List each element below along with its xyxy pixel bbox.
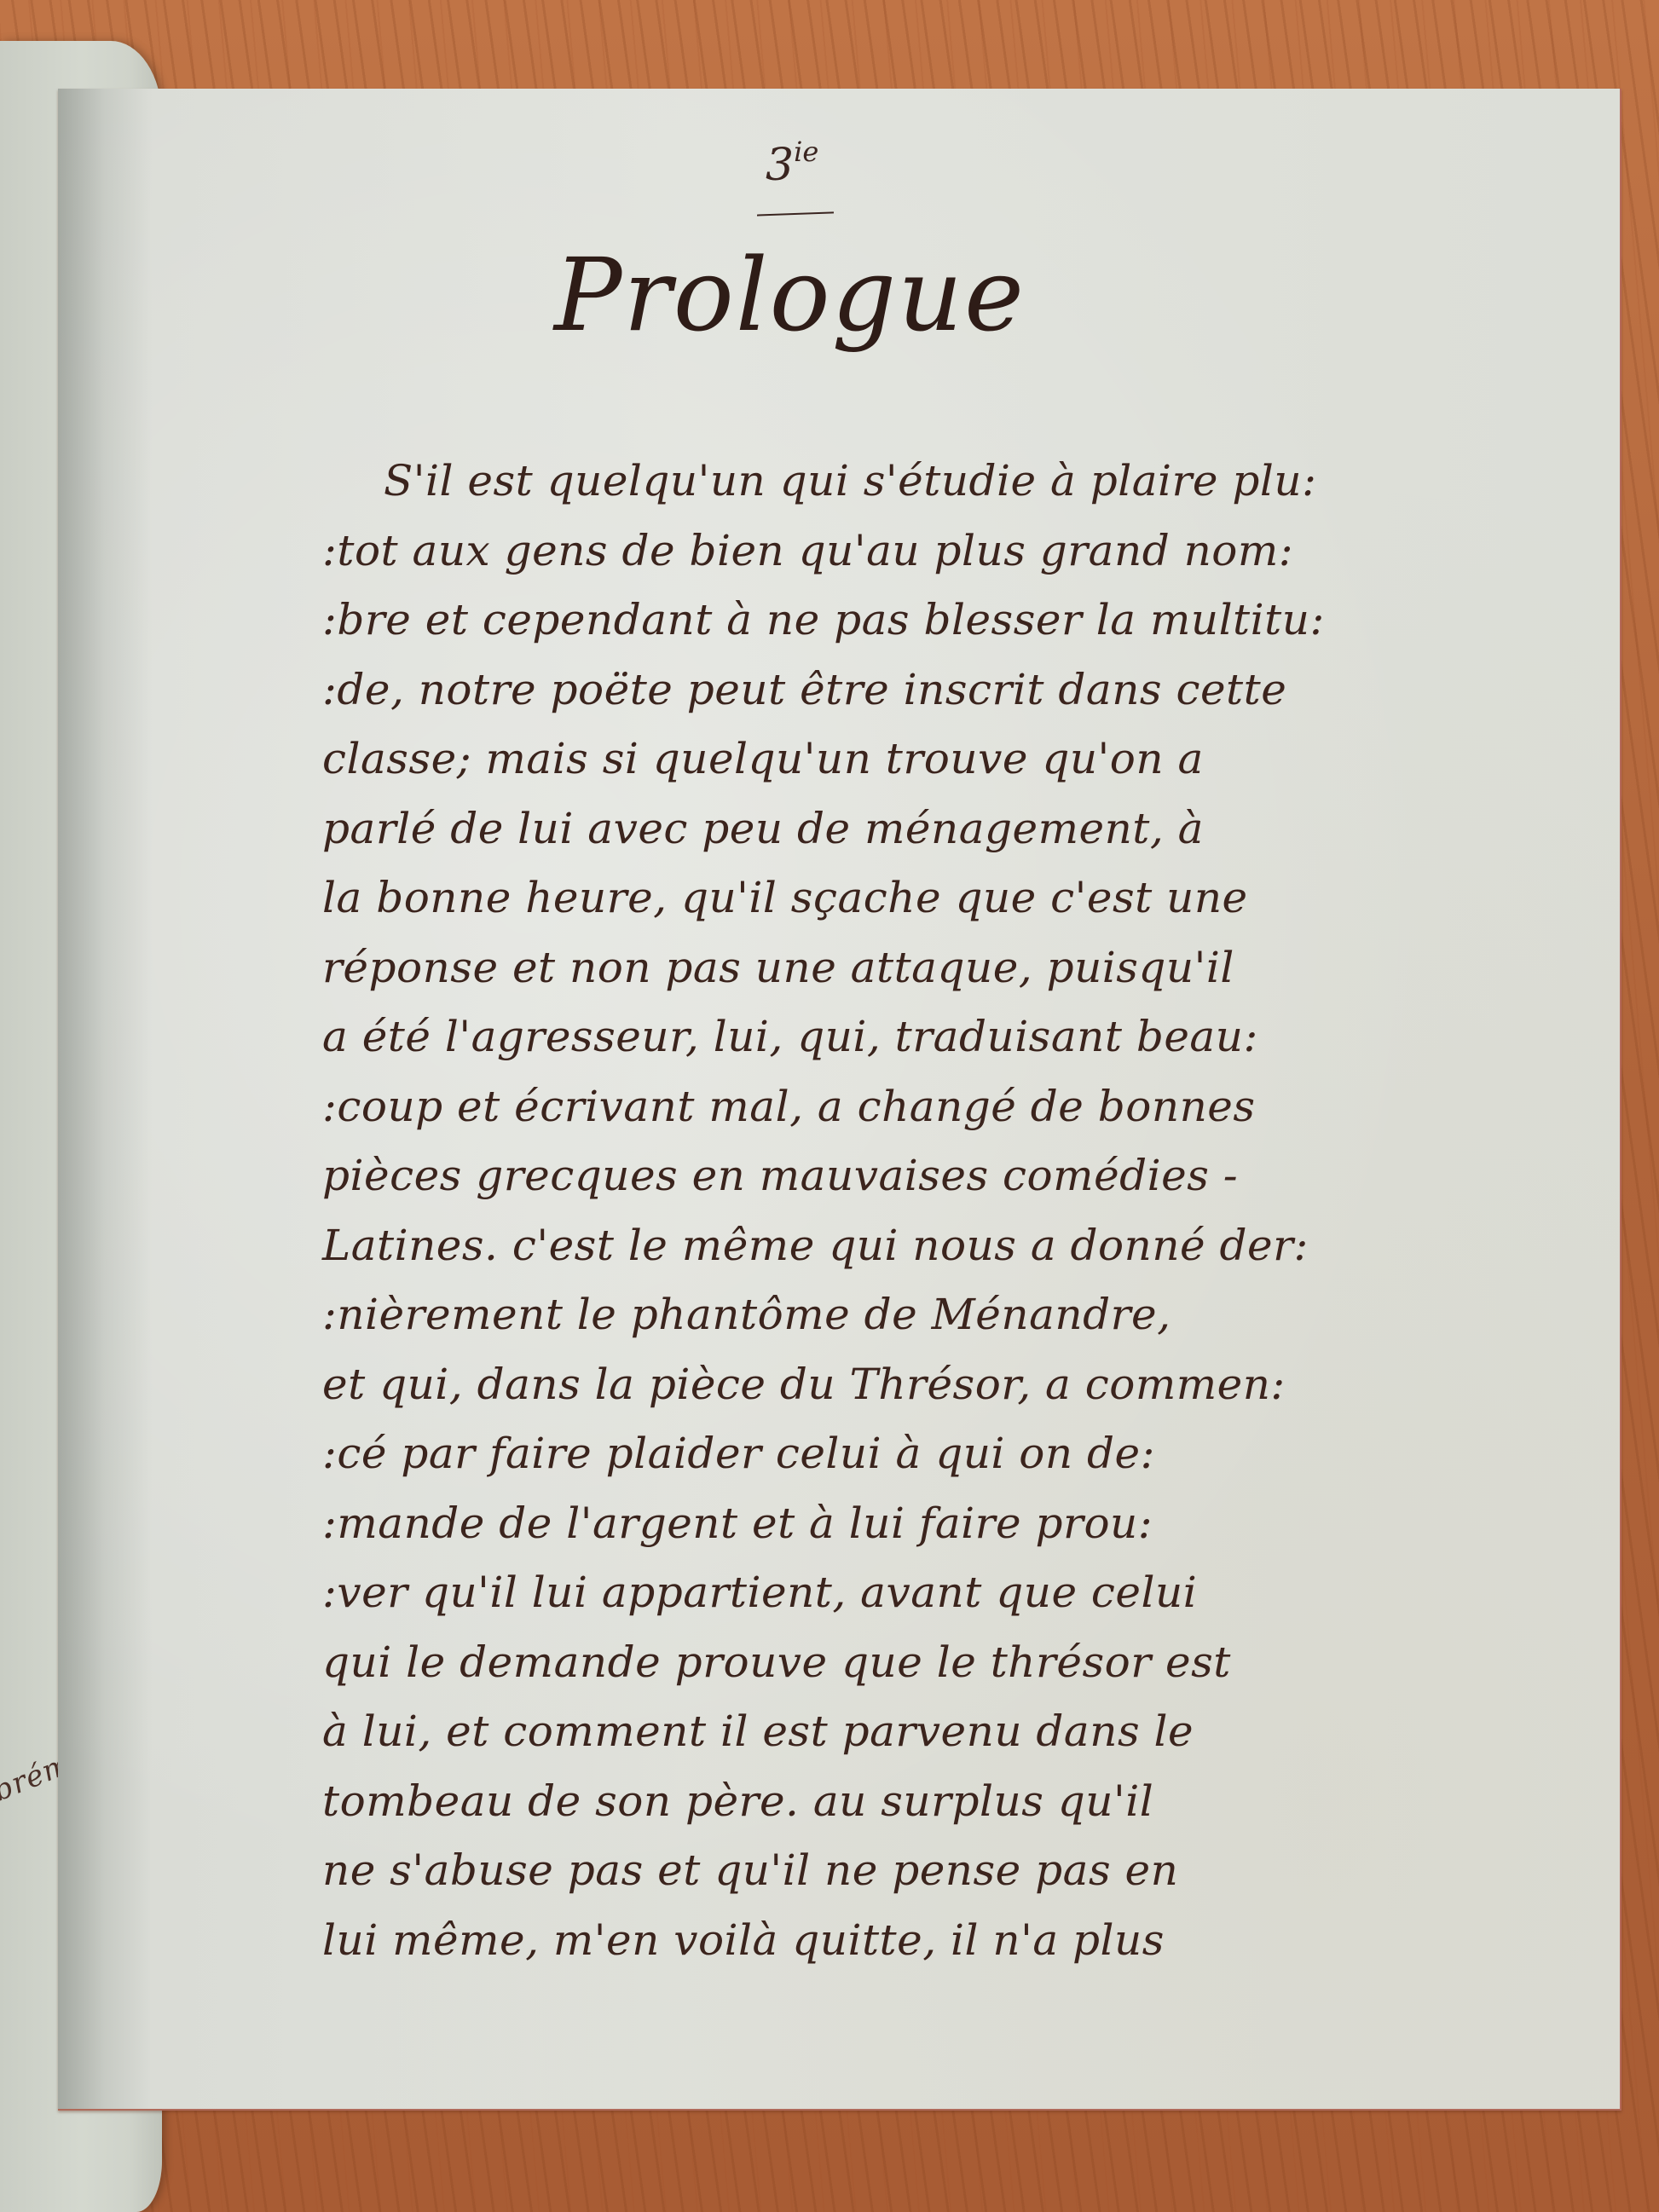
text-line: la bonne heure, qu'il sçache que c'est u… — [322, 863, 1431, 933]
text-line: :de, notre poëte peut être inscrit dans … — [322, 656, 1431, 725]
page-number-value: 3 — [766, 140, 794, 191]
text-line: parlé de lui avec peu de ménagement, à — [322, 794, 1431, 864]
page-number-underline — [757, 211, 834, 216]
text-line: pièces grecques en mauvaises comédies - — [322, 1141, 1431, 1211]
text-line: et qui, dans la pièce du Thrésor, a comm… — [322, 1350, 1431, 1420]
text-line: :coup et écrivant mal, a changé de bonne… — [322, 1072, 1431, 1142]
text-line: ne s'abuse pas et qu'il ne pense pas en — [322, 1836, 1431, 1906]
manuscript-page: 3ie Prologue S'il est quelqu'un qui s'ét… — [58, 89, 1621, 2111]
text-line: lui même, m'en voilà quitte, il n'a plus — [322, 1906, 1431, 1976]
text-line: tombeau de son père. au surplus qu'il — [322, 1767, 1431, 1837]
text-line: :nièrement le phantôme de Ménandre, — [322, 1280, 1431, 1350]
page-number-suffix: ie — [794, 136, 818, 168]
text-line: a été l'agresseur, lui, qui, traduisant … — [322, 1002, 1431, 1072]
text-line: classe; mais si quelqu'un trouve qu'on a — [322, 725, 1431, 794]
gutter-shadow — [58, 89, 152, 2109]
text-line: Latines. c'est le même qui nous a donné … — [322, 1211, 1431, 1281]
text-line: S'il est quelqu'un qui s'étudie à plaire… — [322, 447, 1431, 517]
text-line: :tot aux gens de bien qu'au plus grand n… — [322, 517, 1431, 586]
manuscript-text-body: S'il est quelqu'un qui s'étudie à plaire… — [322, 447, 1431, 1975]
page-number: 3ie — [766, 138, 818, 188]
text-line: :mande de l'argent et à lui faire prou: — [322, 1489, 1431, 1559]
text-line: :bre et cependant à ne pas blesser la mu… — [322, 586, 1431, 656]
text-line: qui le demande prouve que le thrésor est — [322, 1628, 1431, 1698]
text-line: :cé par faire plaider celui à qui on de: — [322, 1419, 1431, 1489]
text-line: à lui, et comment il est parvenu dans le — [322, 1697, 1431, 1767]
text-line: :ver qu'il lui appartient, avant que cel… — [322, 1558, 1431, 1628]
page-title: Prologue — [554, 240, 1026, 351]
text-line: réponse et non pas une attaque, puisqu'i… — [322, 933, 1431, 1003]
